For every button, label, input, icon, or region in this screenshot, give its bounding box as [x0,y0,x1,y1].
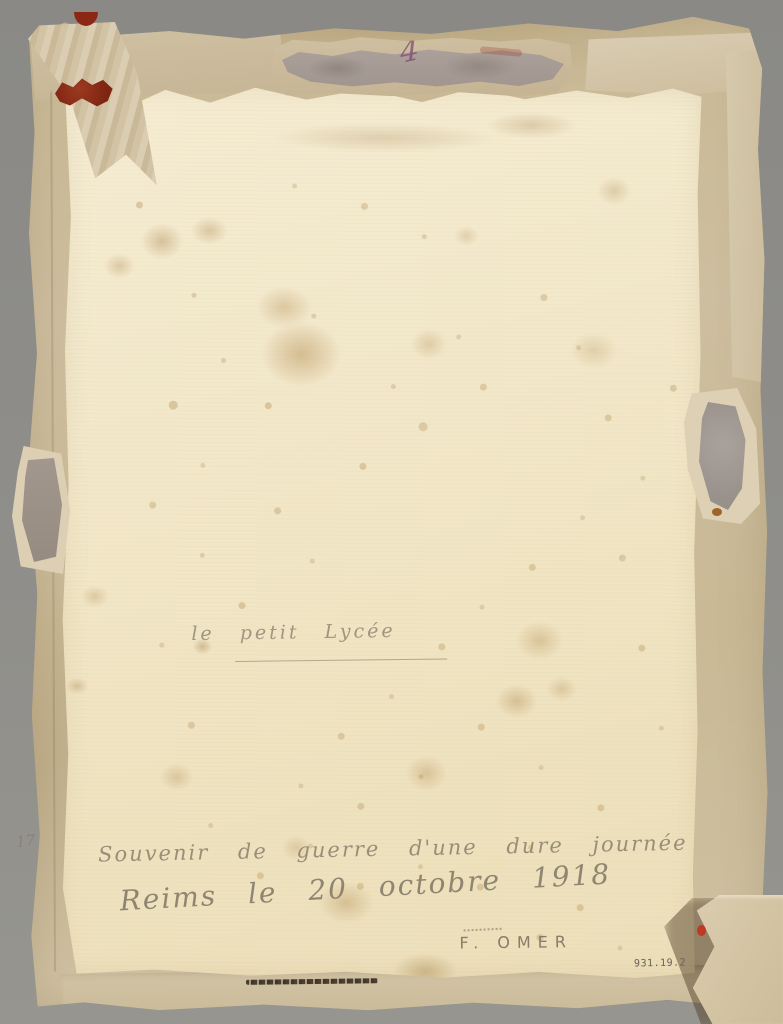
artwork-backing-sheet: le petit Lycée Souvenir de guerre d'une … [57,82,704,982]
inscription-title-underline [235,659,447,662]
signature-flourish [464,928,502,932]
torn-patch-right-core [698,402,748,510]
margin-pencil-mark: 17 [15,831,36,851]
photo-backdrop: le petit Lycée Souvenir de guerre d'une … [0,0,783,1024]
inscription-place-date: Reims le 20 octobre 1918 [119,857,612,917]
rust-fleck [712,508,722,516]
border-tape-strip-right [726,48,767,383]
inscription-title: le petit Lycée [191,620,396,645]
torn-patch-left-core [22,458,62,562]
torn-patch-left [12,446,70,574]
red-paint-dot [697,925,706,936]
inscription-dedication: Souvenir de guerre d'une dure journée à [98,830,731,867]
accession-number: 931.19.2 [634,958,686,970]
inscription-signature: F. OMER [459,932,573,952]
tape-band-top: 4 [268,36,576,98]
